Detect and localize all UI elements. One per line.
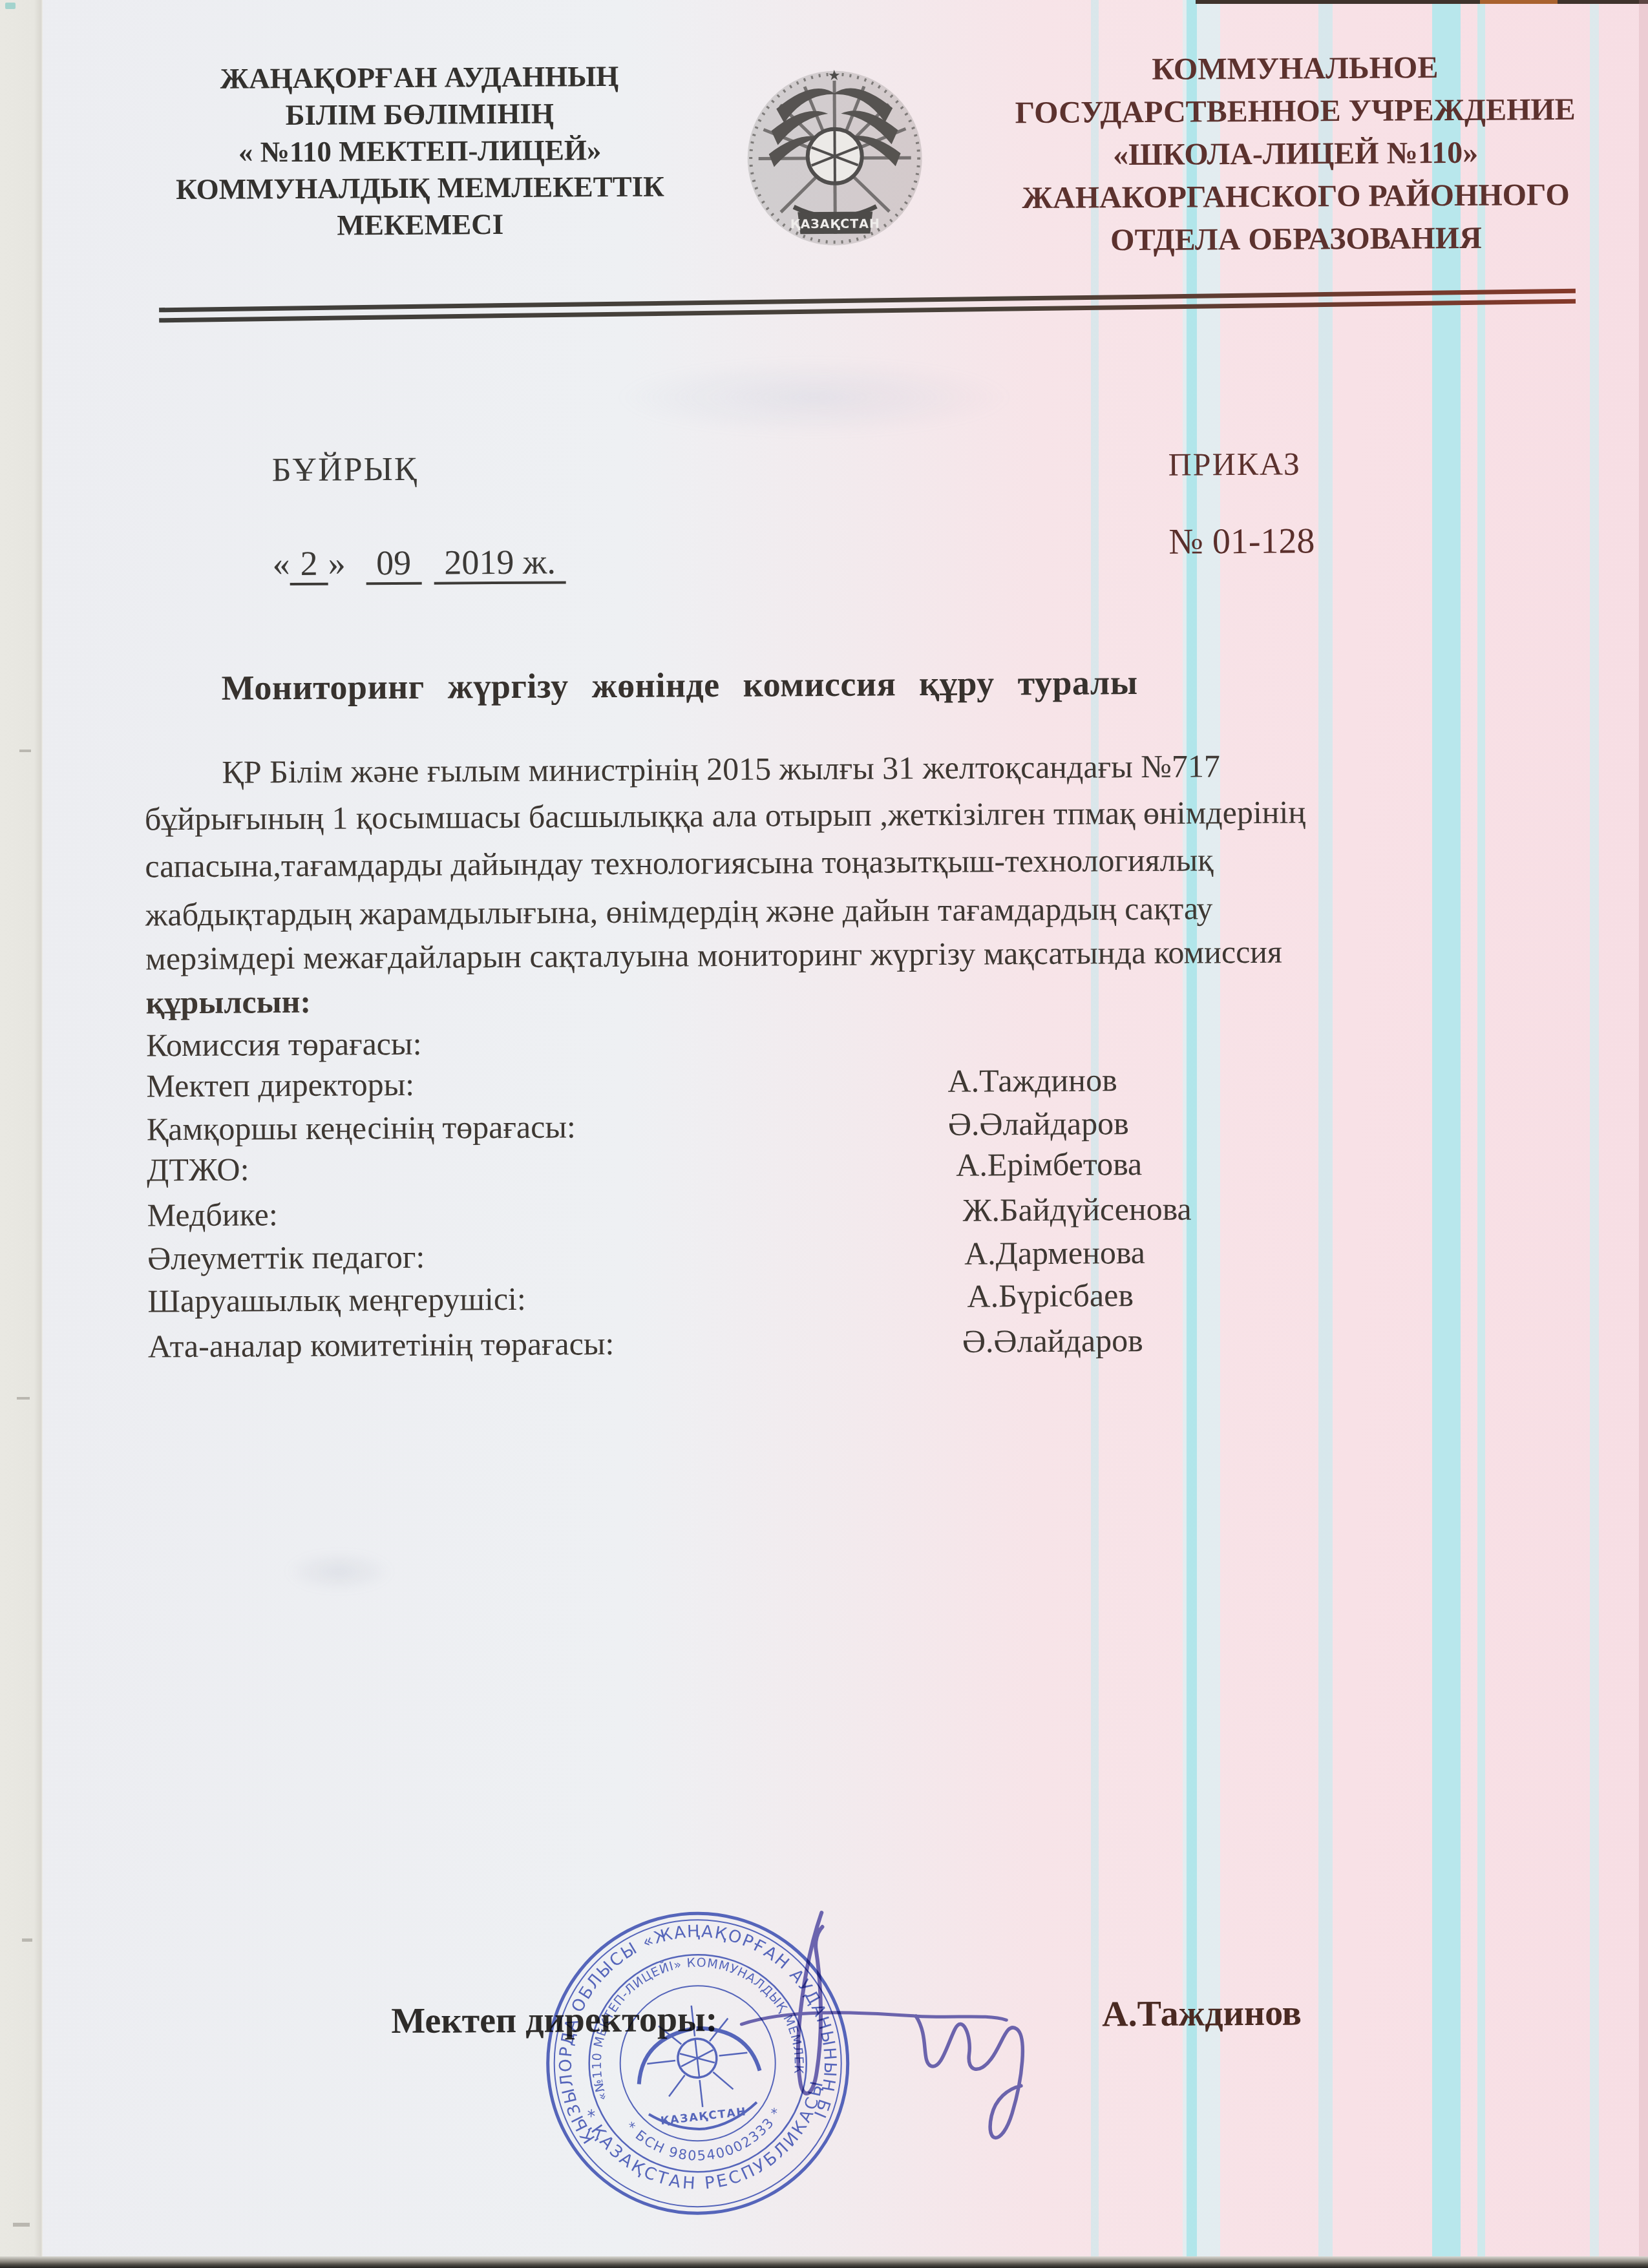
director-signoff-name: А.Таждинов <box>1102 1993 1302 2035</box>
page-content: ЖАҢАҚОРҒАН АУДАННЫҢ БІЛІМ БӨЛІМІНІҢ « №1… <box>0 0 1648 2268</box>
commission-row: Медбике: Ж.Байдүйсенова <box>147 1188 1504 1234</box>
state-emblem-image: ҚАЗАҚСТАН ★ <box>737 58 933 272</box>
org-name-kk-line: « №110 МЕКТЕП-ЛИЦЕЙ» <box>148 131 691 171</box>
emblem-star-icon: ★ <box>828 67 841 83</box>
commission-row: Мектеп директоры: А.Таждинов <box>146 1059 1503 1105</box>
commission-role: Медбике: <box>147 1196 278 1233</box>
order-body-line: бұйрығының 1 қосымшасы басшылыққа ала от… <box>145 793 1306 837</box>
commission-member-name: А.Ерімбетова <box>956 1145 1142 1184</box>
signature-ink <box>702 1866 1066 2191</box>
org-name-kk-line: МЕКЕМЕСІ <box>149 205 692 245</box>
org-name-ru-line: КОММУНАЛЬНОЕ <box>948 45 1642 92</box>
commission-role: Әлеуметтік педагог: <box>147 1239 425 1277</box>
org-name-ru-line: ЖАНАКОРГАНСКОГО РАЙОННОГО <box>949 173 1643 220</box>
commission-member-name: А.Бүрісбаев <box>967 1276 1134 1315</box>
date-month: 09 <box>366 543 421 585</box>
commission-role: ДТЖО: <box>147 1151 249 1188</box>
order-body-line: құрылсын: <box>145 983 311 1022</box>
org-name-ru-line: ГОСУДАРСТВЕННОЕ УЧРЕЖДЕНИЕ <box>948 88 1642 135</box>
order-date: «2» 09 2019 ж. <box>272 541 566 583</box>
date-year: 2019 ж. <box>434 542 566 584</box>
org-name-kk-line: ЖАҢАҚОРҒАН АУДАННЫҢ <box>148 58 691 98</box>
commission-row: Шаруашылық меңгерушісі: А.Бүрісбаев <box>147 1274 1505 1320</box>
commission-role: Шаруашылық меңгерушісі: <box>147 1281 526 1319</box>
date-day: 2 <box>290 544 328 585</box>
order-body-line: ҚР Білім және ғылым министрінің 2015 жыл… <box>222 747 1220 790</box>
commission-role: Мектеп директоры: <box>146 1066 414 1104</box>
order-title: Мониторинг жүргізу жөнінде комиссия құру… <box>222 662 1138 708</box>
commission-row: Әлеуметтік педагог: А.Дарменова <box>147 1232 1505 1277</box>
order-body-line: сапасына,тағамдарды дайындау технологияс… <box>145 841 1214 885</box>
commission-row: Қамқоршы кеңесінің төрағасы: Ә.Әлайдаров <box>147 1102 1504 1148</box>
org-name-kazakh: ЖАҢАҚОРҒАН АУДАННЫҢ БІЛІМ БӨЛІМІНІҢ « №1… <box>148 58 692 245</box>
order-body-line: жабдықтардың жарамдылығына, өнімдердің ж… <box>145 889 1213 933</box>
commission-member-name: А.Дарменова <box>964 1234 1145 1272</box>
order-label-kazakh: БҰЙРЫҚ <box>271 450 417 489</box>
date-close-quote: » <box>328 544 345 583</box>
order-label-russian: ПРИКАЗ <box>1168 445 1301 483</box>
order-body-line: мерзімдері межағдайларын сақталуына мони… <box>145 933 1282 978</box>
org-name-ru-line: ОТДЕЛА ОБРАЗОВАНИЯ <box>949 216 1643 263</box>
date-open-quote: « <box>272 544 290 583</box>
commission-member-name: Ж.Байдүйсенова <box>962 1190 1191 1229</box>
org-name-kk-line: БІЛІМ БӨЛІМІНІҢ <box>148 94 691 134</box>
commission-row: ДТЖО: А.Ерімбетова <box>147 1143 1504 1189</box>
scanned-order-page: ЖАҢАҚОРҒАН АУДАННЫҢ БІЛІМ БӨЛІМІНІҢ « №1… <box>0 0 1648 2268</box>
order-number: № 01-128 <box>1168 520 1315 562</box>
org-name-ru-line: «ШКОЛА-ЛИЦЕЙ №110» <box>948 131 1642 178</box>
org-name-russian: КОММУНАЛЬНОЕ ГОСУДАРСТВЕННОЕ УЧРЕЖДЕНИЕ … <box>948 45 1643 263</box>
commission-member-name: Ә.Әлайдаров <box>948 1104 1129 1143</box>
org-name-kk-line: КОММУНАЛДЫҚ МЕМЛЕКЕТТІК <box>149 168 692 208</box>
commission-row: Ата-аналар комитетінің төрағасы: Ә.Әлайд… <box>148 1319 1505 1365</box>
commission-member-name: Ә.Әлайдаров <box>962 1321 1143 1360</box>
commission-member-name: А.Таждинов <box>947 1061 1117 1100</box>
commission-role: Ата-аналар комитетінің төрағасы: <box>148 1325 615 1364</box>
emblem-banner-text: ҚАЗАҚСТАН <box>790 216 880 231</box>
commission-heading: Комиссия төрағасы: <box>146 1025 422 1064</box>
commission-role: Қамқоршы кеңесінің төрағасы: <box>147 1108 576 1147</box>
